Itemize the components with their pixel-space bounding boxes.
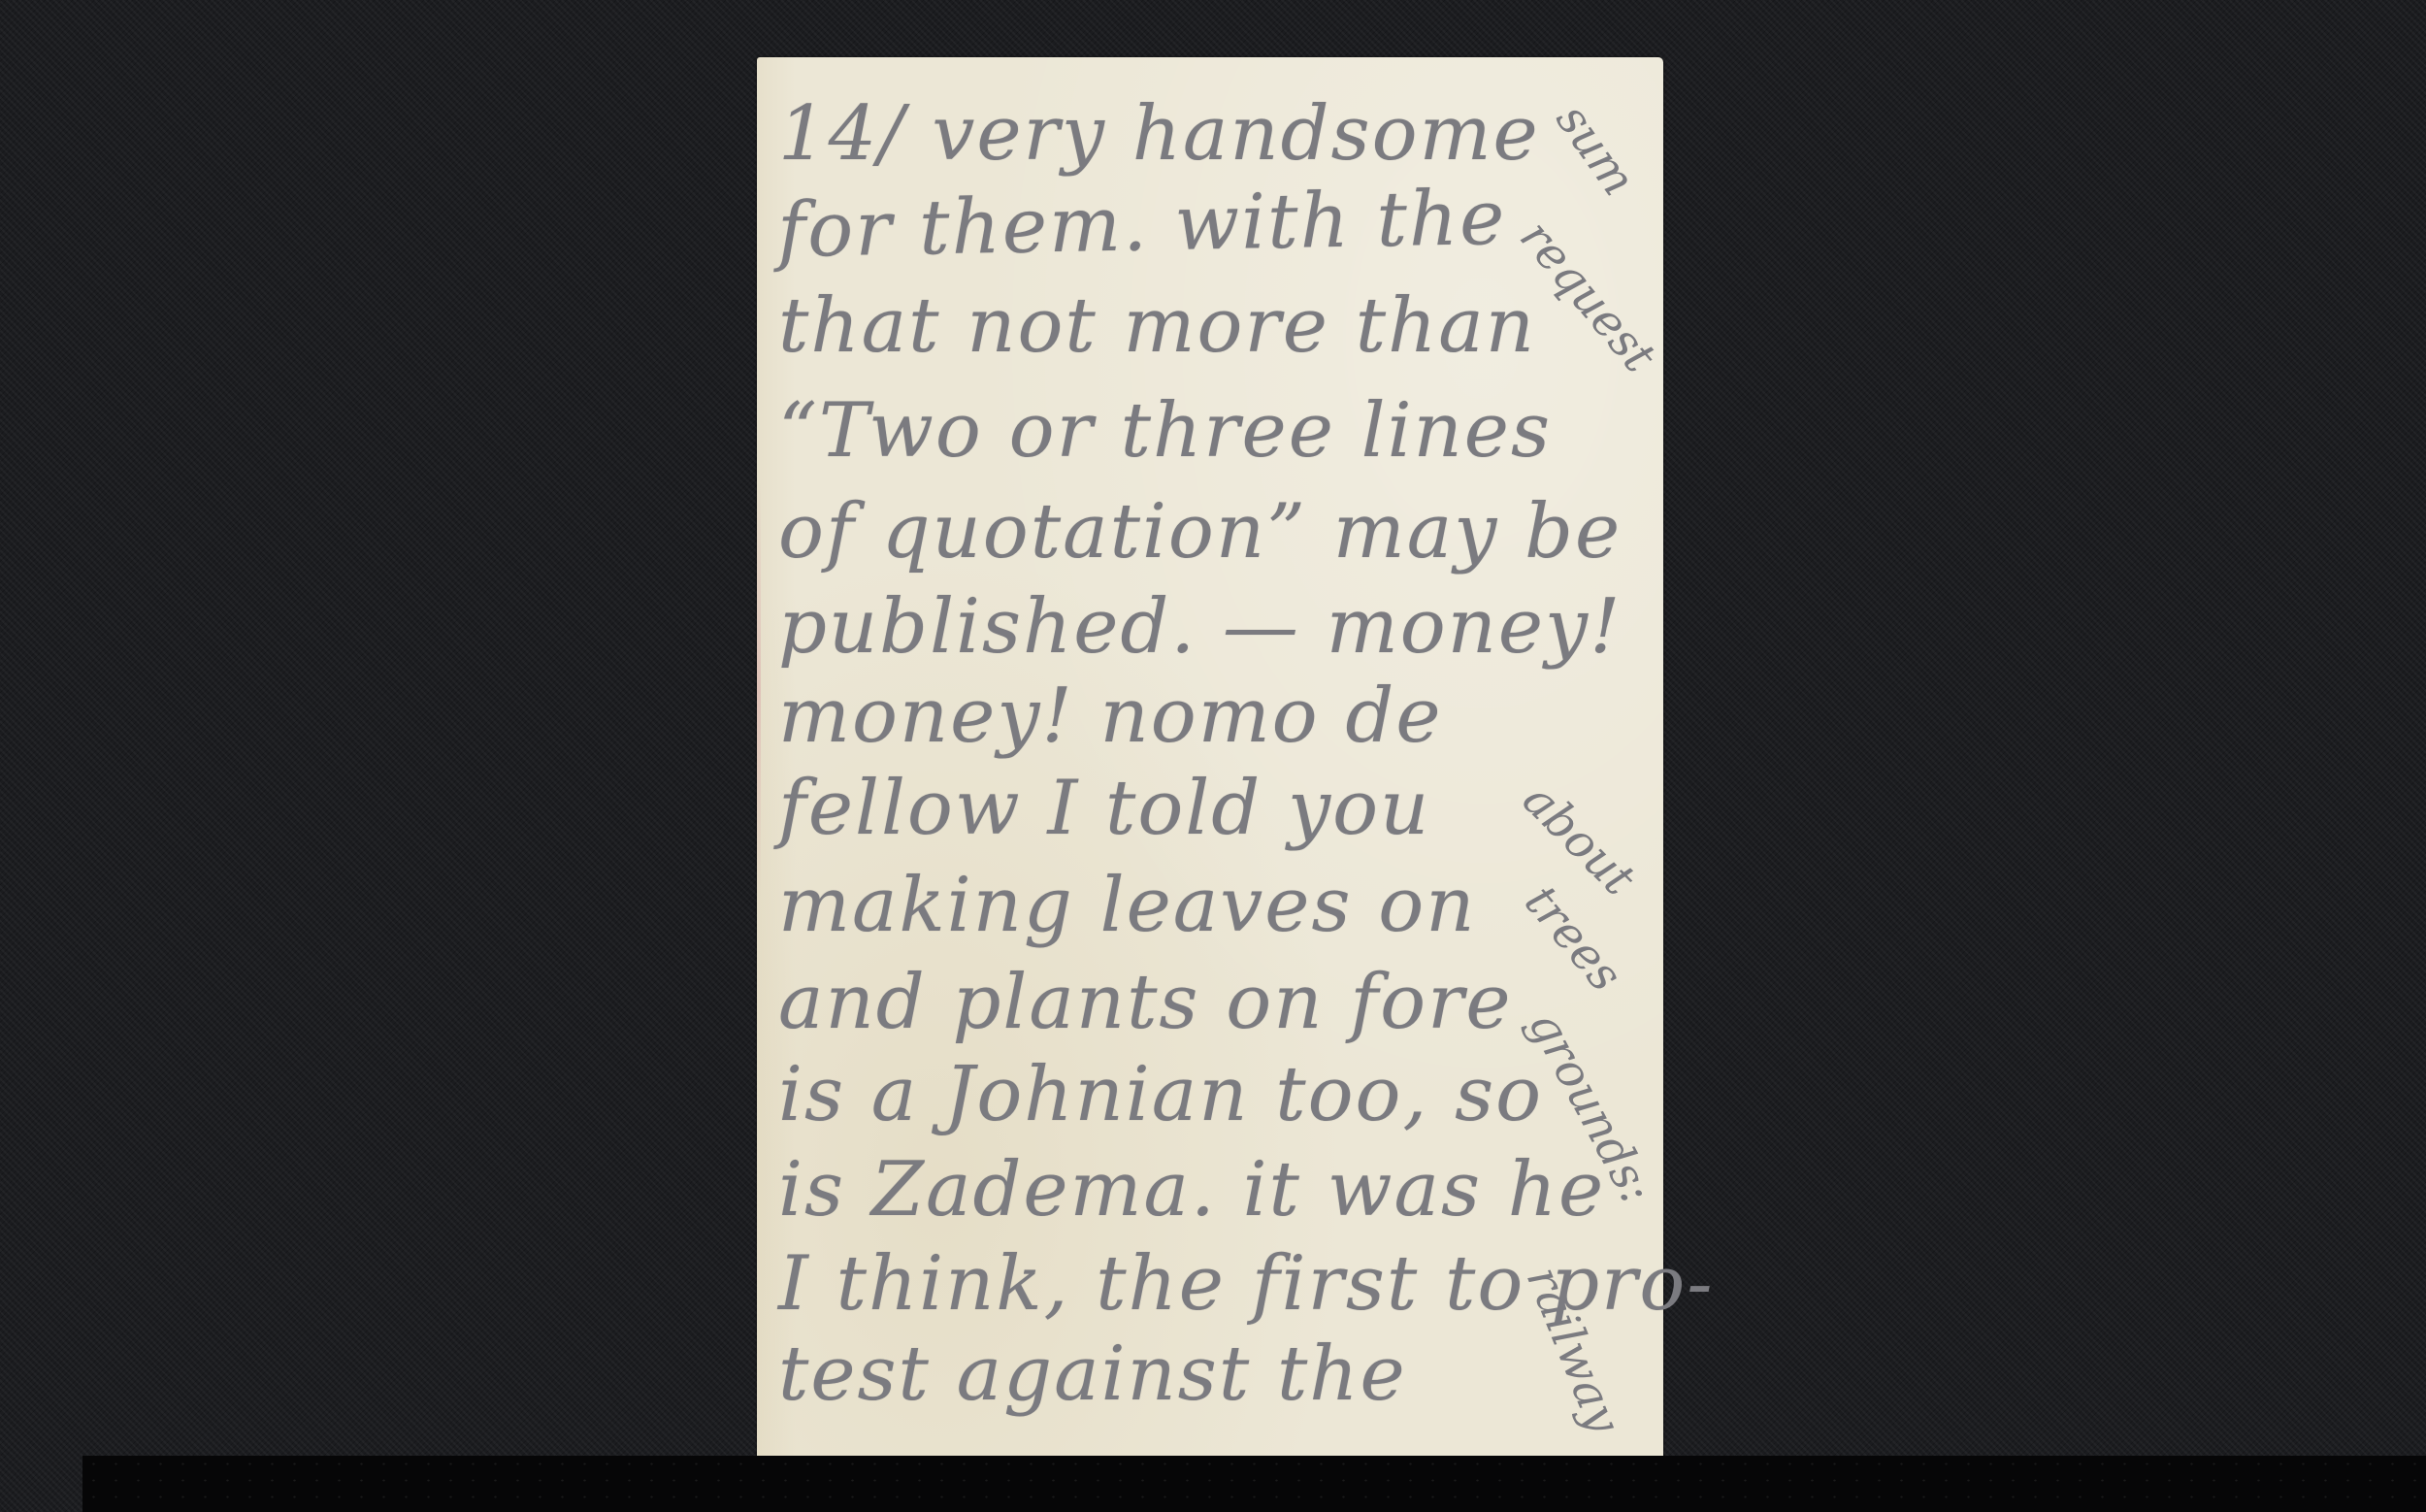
text-line-7: money! nomo de [778, 678, 1443, 754]
text-line-9: making leaves on [778, 868, 1477, 943]
text-line-5: of quotation” may be [778, 494, 1622, 570]
text-line-4: “Two or three lines [778, 393, 1552, 469]
margin-word-sum: sum [1549, 96, 1643, 203]
text-line-10: and plants on fore [778, 965, 1513, 1040]
margin-word-about: about [1515, 775, 1643, 904]
text-line-12: is Zadema. it was he [778, 1152, 1605, 1228]
text-line-14: test against the [778, 1336, 1407, 1412]
text-line-2: for them. with the [777, 181, 1507, 269]
text-line-6: published. — money! [778, 589, 1622, 665]
text-line-11: is a Johnian too, so [778, 1057, 1543, 1133]
text-line-1: 14/ very handsome [778, 96, 1540, 172]
dark-backing-strip [82, 1456, 2426, 1512]
text-line-3: that not more than [778, 288, 1536, 364]
text-line-8: fellow I told you [778, 771, 1430, 846]
letter-page: 14/ very handsome for them. with the tha… [757, 57, 1663, 1463]
